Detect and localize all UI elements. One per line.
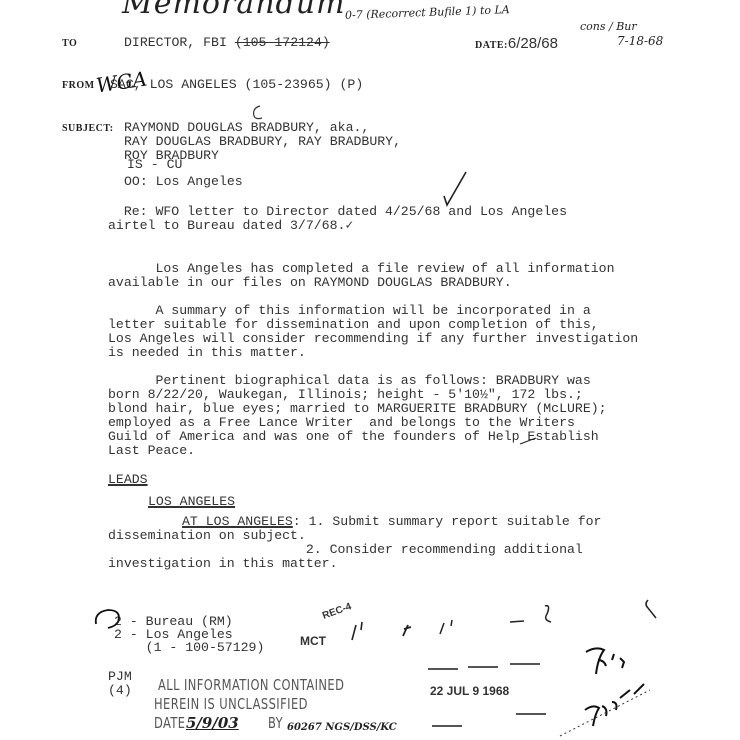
- check-mark-icon: [444, 172, 466, 205]
- circle-mark-icon: [96, 610, 119, 628]
- handwritten-marks: [0, 0, 740, 740]
- signature-icon: [586, 648, 624, 674]
- signature-icon: [585, 684, 644, 726]
